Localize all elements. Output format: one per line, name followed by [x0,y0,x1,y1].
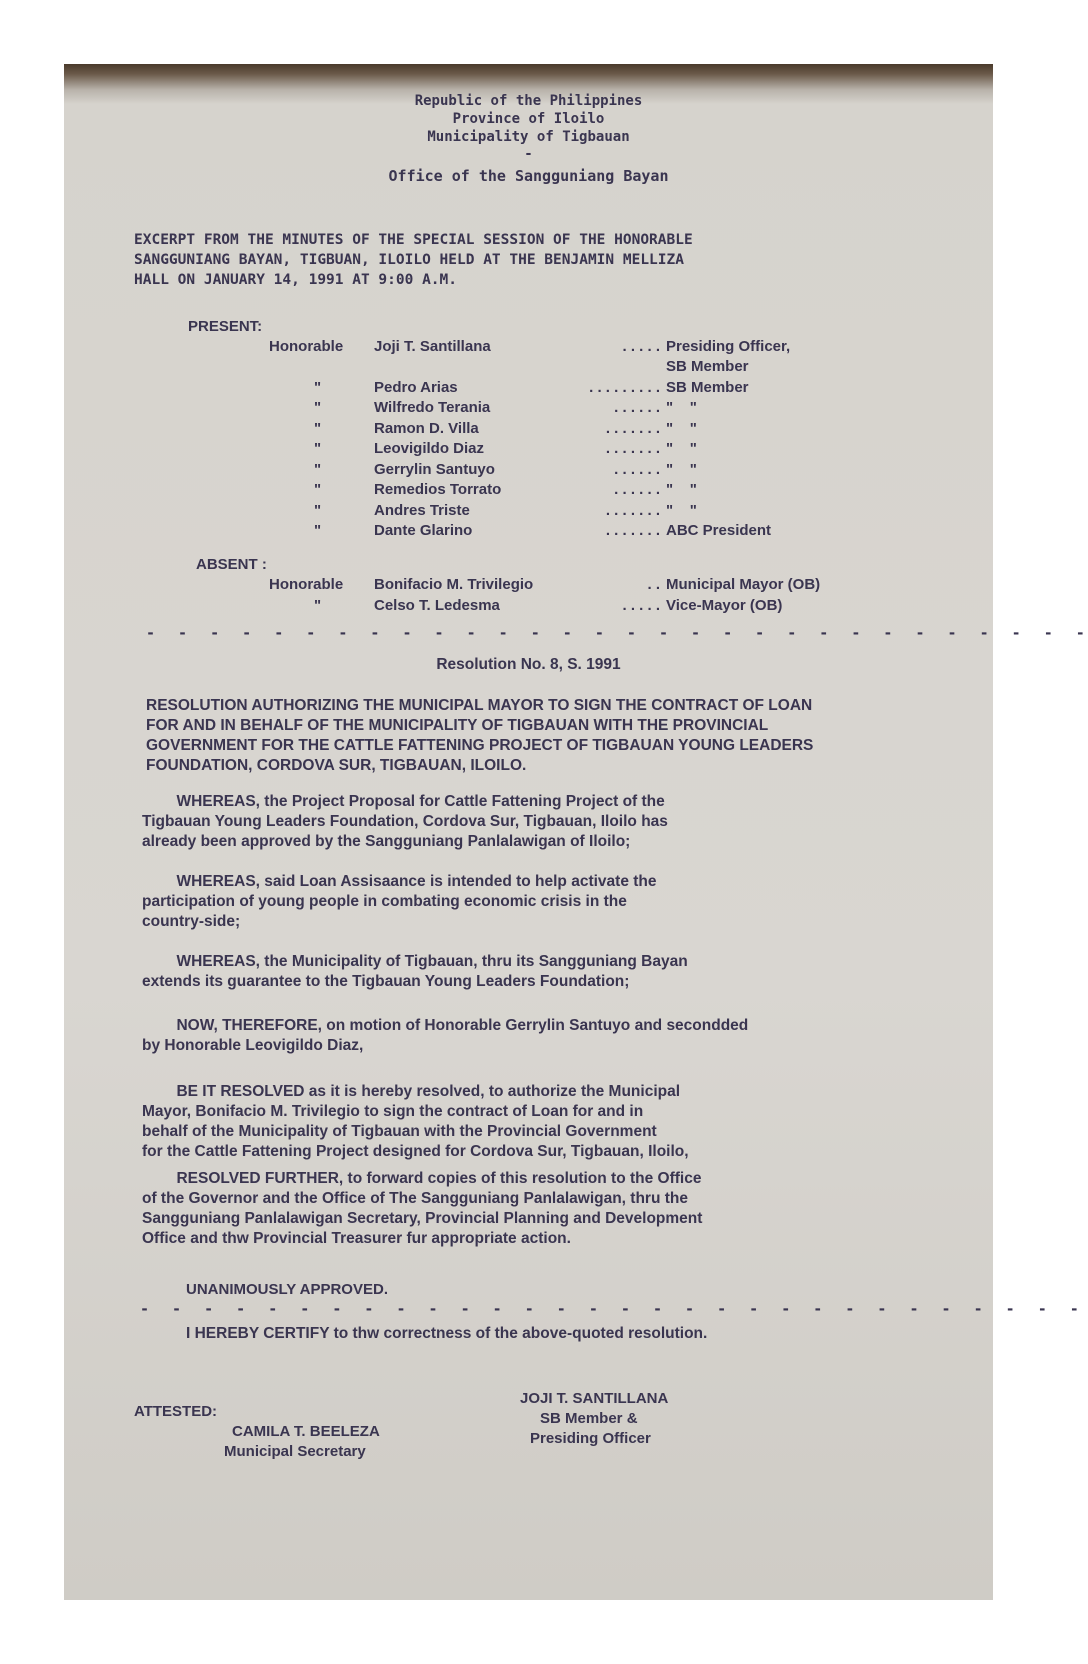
attendee-prefix: " [314,378,321,398]
leader-dots: . . . . . . . [606,439,660,459]
excerpt-line-3: HALL ON JANUARY 14, 1991 AT 9:00 A.M. [134,270,457,290]
attendee-name: Ramon D. Villa [374,419,479,439]
paragraph-line: for the Cattle Fattening Project designe… [142,1142,689,1162]
attendee-name: Celso T. Ledesma [374,596,500,616]
resolution-title-line: FOUNDATION, CORDOVA SUR, TIGBAUAN, ILOIL… [146,756,813,776]
secretary-title: Municipal Secretary [224,1441,366,1462]
attendee-role: " " [666,419,697,439]
attendee-prefix: Honorable [269,575,343,595]
paragraph-line: participation of young people in combati… [142,892,657,912]
attendee-prefix: " [314,501,321,521]
paragraph-line: NOW, THEREFORE, on motion of Honorable G… [142,1016,748,1036]
attendee-prefix: " [314,419,321,439]
attendee-role: ABC President [666,521,771,541]
leader-dots: . . . . . . [614,480,660,500]
resolution-paragraph: WHEREAS, the Municipality of Tigbauan, t… [142,952,688,992]
resolution-title-line: GOVERNMENT FOR THE CATTLE FATTENING PROJ… [146,736,813,756]
scanned-document-page: Republic of the Philippines Province of … [64,64,993,1600]
attendee-role: " " [666,398,697,418]
attendee-prefix: " [314,596,321,616]
paragraph-line: Tigbauan Young Leaders Foundation, Cordo… [142,812,668,832]
attendee-name: Pedro Arias [374,378,458,398]
absent-label: ABSENT : [196,554,267,575]
header-republic: Republic of the Philippines [64,91,993,111]
paragraph-line: RESOLVED FURTHER, to forward copies of t… [142,1169,702,1189]
attendee-role: " " [666,460,697,480]
attendee-role: " " [666,501,697,521]
secretary-name: CAMILA T. BEELEZA [232,1421,380,1442]
leader-dots: . . . . . [622,596,660,616]
leader-dots: . . . . . . [614,398,660,418]
officer-name: JOJI T. SANTILLANA [520,1388,668,1409]
paragraph-line: behalf of the Municipality of Tigbauan w… [142,1122,689,1142]
attendee-role: SB Member [666,378,749,398]
paragraph-line: WHEREAS, said Loan Assisaance is intende… [142,872,657,892]
attendee-name: Joji T. Santillana [374,337,491,357]
attendee-prefix: " [314,480,321,500]
attendee-role: Vice-Mayor (OB) [666,596,782,616]
resolution-paragraph: NOW, THEREFORE, on motion of Honorable G… [142,1016,748,1056]
resolution-title-line: FOR AND IN BEHALF OF THE MUNICIPALITY OF… [146,716,813,736]
attendee-prefix: " [314,439,321,459]
paragraph-line: BE IT RESOLVED as it is hereby resolved,… [142,1082,689,1102]
attendee-role: " " [666,439,697,459]
attendee-name: Bonifacio M. Trivilegio [374,575,533,595]
attendee-role: Municipal Mayor (OB) [666,575,820,595]
leader-dots: . . . . . . [614,460,660,480]
header-office: Office of the Sangguniang Bayan [64,166,993,186]
attested-label: ATTESTED: [134,1401,217,1422]
approval-statement: UNANIMOUSLY APPROVED. [186,1279,388,1300]
leader-dots: . . [647,575,660,595]
attendee-name: Leovigildo Diaz [374,439,484,459]
resolution-paragraph: RESOLVED FURTHER, to forward copies of t… [142,1169,702,1249]
paragraph-line: Office and thw Provincial Treasurer fur … [142,1229,702,1249]
attendee-role: " " [666,480,697,500]
leader-dots: . . . . . . . [606,521,660,541]
attendee-prefix: Honorable [269,337,343,357]
attendee-prefix: " [314,398,321,418]
paragraph-line: WHEREAS, the Municipality of Tigbauan, t… [142,952,688,972]
paragraph-line: Sangguniang Panlalawigan Secretary, Prov… [142,1209,702,1229]
resolution-title: RESOLUTION AUTHORIZING THE MUNICIPAL MAY… [146,696,813,776]
paragraph-line: country-side; [142,912,657,932]
attendee-prefix: " [314,521,321,541]
officer-title-1: SB Member & [540,1408,638,1429]
attendee-name: Gerrylin Santuyo [374,460,495,480]
leader-dots: . . . . . . . . . [589,378,660,398]
officer-title-2: Presiding Officer [530,1428,651,1449]
resolution-paragraph: BE IT RESOLVED as it is hereby resolved,… [142,1082,689,1162]
paragraph-line: Mayor, Bonifacio M. Trivilegio to sign t… [142,1102,689,1122]
resolution-paragraph: WHEREAS, said Loan Assisaance is intende… [142,872,657,932]
dash-separator-1: - - - - - - - - - - - - - - - - - - - - … [146,624,1088,642]
paragraph-line: by Honorable Leovigildo Diaz, [142,1036,748,1056]
attendee-name: Andres Triste [374,501,470,521]
paragraph-line: extends its guarantee to the Tigbauan Yo… [142,972,688,992]
resolution-title-line: RESOLUTION AUTHORIZING THE MUNICIPAL MAY… [146,696,813,716]
paragraph-line: already been approved by the Sangguniang… [142,832,668,852]
attendee-name: Remedios Torrato [374,480,501,500]
resolution-paragraph: WHEREAS, the Project Proposal for Cattle… [142,792,668,852]
attendee-role: Presiding Officer, [666,337,790,357]
header-separator: - [64,144,993,164]
resolution-number: Resolution No. 8, S. 1991 [64,654,993,675]
excerpt-line-2: SANGGUNIANG BAYAN, TIGBUAN, ILOILO HELD … [134,250,684,270]
leader-dots: . . . . . . . [606,419,660,439]
leader-dots: . . . . . . . [606,501,660,521]
header-province: Province of Iloilo [64,109,993,129]
dash-separator-2: - - - - - - - - - - - - - - - - - - - - … [140,1300,1088,1318]
paragraph-line: WHEREAS, the Project Proposal for Cattle… [142,792,668,812]
excerpt-line-1: EXCERPT FROM THE MINUTES OF THE SPECIAL … [134,230,693,250]
attendee-name: Wilfredo Terania [374,398,490,418]
attendee-prefix: " [314,460,321,480]
attendee-role-continued: SB Member [666,357,749,377]
present-label: PRESENT: [188,316,262,337]
attendee-name: Dante Glarino [374,521,472,541]
paragraph-line: of the Governor and the Office of The Sa… [142,1189,702,1209]
leader-dots: . . . . . [622,337,660,357]
certification-statement: I HEREBY CERTIFY to thw correctness of t… [186,1323,707,1344]
